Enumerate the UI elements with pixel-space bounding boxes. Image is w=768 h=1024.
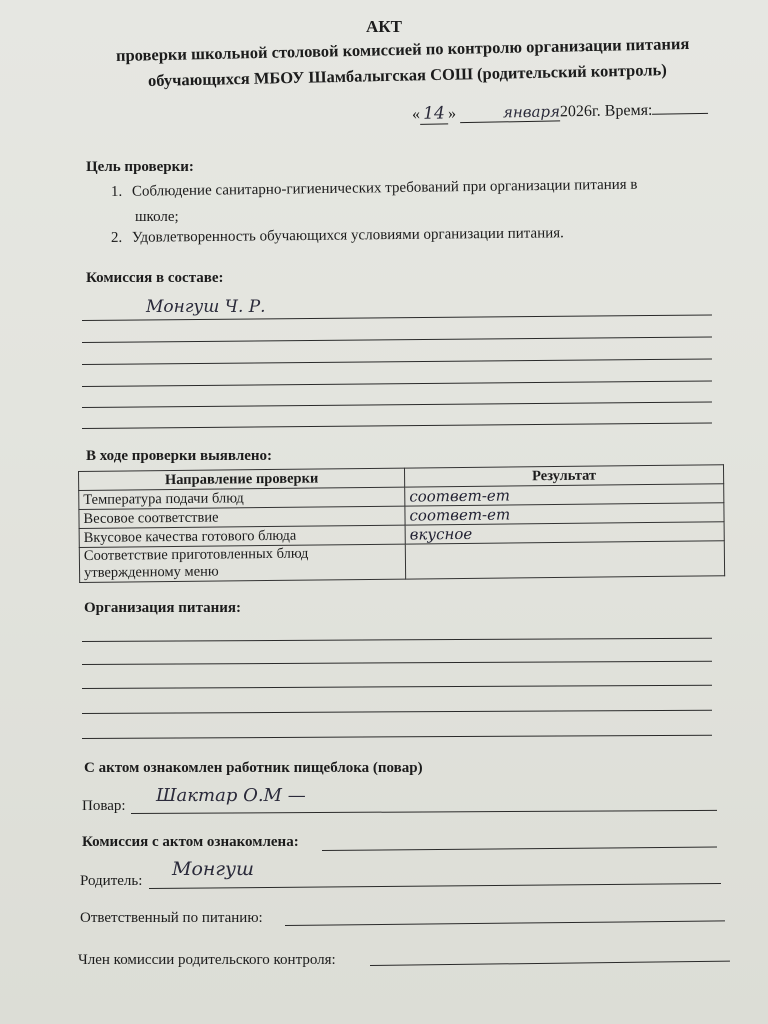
cook-label: Повар: [82, 798, 126, 815]
organization-line-3 [82, 685, 712, 690]
organization-line-5 [82, 735, 712, 740]
organization-line-1 [82, 638, 712, 643]
direction-cell: Соответствие приготовленных блюд утвержд… [79, 544, 405, 582]
date-year: 2026 [560, 103, 592, 121]
direction-text-line2: утвержденному меню [84, 562, 401, 582]
organization-line-2 [82, 661, 712, 666]
signatures-heading: С актом ознакомлен работник пищеблока (п… [84, 760, 423, 777]
commission-ack-label: Комиссия с актом ознакомлена: [82, 834, 299, 851]
parent-label: Родитель: [80, 873, 142, 890]
cook-line [131, 810, 717, 814]
purpose-item-1-cont: школе; [135, 209, 179, 226]
organization-heading: Организация питания: [84, 600, 241, 617]
document-subtitle-line2: обучающихся МБОУ Шамбалыгская СОШ (родит… [148, 60, 667, 91]
date-year-suffix: г. Время: [592, 102, 653, 120]
date-line: «14» января2026г. Время: [412, 99, 709, 125]
purpose-item-1: 1. Соблюдение санитарно-гигиенических тр… [111, 177, 638, 201]
date-close-quote: » [448, 105, 456, 122]
purpose-item-text: Соблюдение санитарно-гигиенических требо… [132, 177, 638, 200]
commission-line-3 [82, 359, 712, 366]
commission-ack-line[interactable] [322, 847, 717, 852]
findings-table: Направление проверки Результат Температу… [78, 464, 725, 583]
commission-member-1[interactable]: Монгуш Ч. Р. [146, 297, 266, 317]
commission-line-2 [82, 337, 712, 344]
time-field[interactable] [652, 99, 708, 115]
purpose-item-text: Удовлетворенность обучающихся условиями … [132, 225, 564, 246]
member-label: Член комиссии родительского контроля: [78, 952, 336, 969]
commission-line-5 [82, 402, 712, 409]
purpose-item-number: 1. [111, 184, 122, 200]
document-page: АКТ проверки школьной столовой комиссией… [0, 0, 768, 1024]
parent-signature[interactable]: Монгуш [172, 858, 254, 880]
commission-heading: Комиссия в составе: [86, 270, 224, 287]
responsible-line[interactable] [285, 920, 725, 926]
date-open-quote: « [412, 106, 420, 123]
purpose-heading: Цель проверки: [86, 159, 194, 176]
date-month-field[interactable]: января [460, 102, 560, 123]
result-cell[interactable] [405, 541, 724, 579]
organization-line-4 [82, 710, 712, 715]
purpose-item-number: 2. [111, 230, 122, 246]
findings-heading: В ходе проверки выявлено: [86, 448, 272, 465]
responsible-label: Ответственный по питанию: [80, 910, 263, 927]
purpose-item-2: 2. Удовлетворенность обучающихся условия… [111, 225, 564, 247]
member-line[interactable] [370, 961, 730, 967]
parent-line [149, 883, 721, 889]
cook-signature[interactable]: Шактар О.М — [156, 785, 306, 806]
table-row: Соответствие приготовленных блюд утвержд… [79, 541, 724, 583]
date-day-field[interactable]: 14 [420, 103, 448, 124]
commission-line-6 [82, 423, 712, 430]
commission-line-4 [82, 381, 712, 388]
